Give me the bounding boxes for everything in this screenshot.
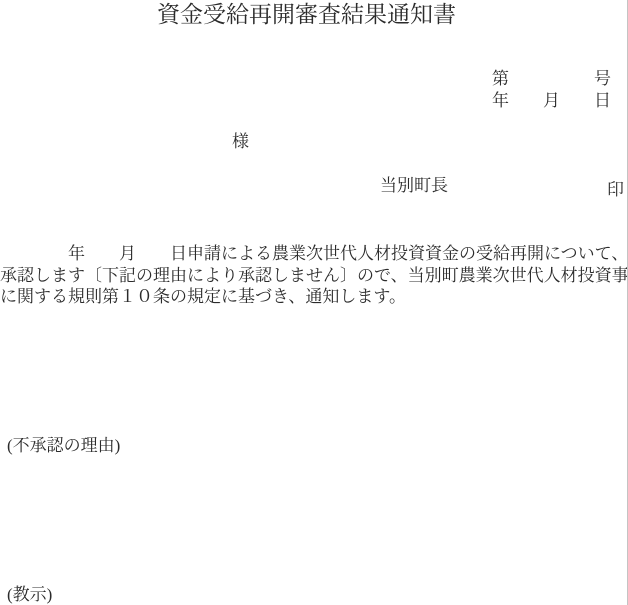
recipient-honorific-sama: 様 (232, 133, 249, 150)
body-line-2: 承認します〔下記の理由により承認しません〕ので、当別町農業次世代人材投資事業 (0, 265, 628, 287)
document-title: 資金受給再開審査結果通知書 (157, 3, 456, 26)
issue-date-month-label: 月 (543, 92, 560, 109)
document-number-suffix-label: 号 (594, 70, 611, 87)
notification-document-page: 資金受給再開審査結果通知書 第 号 年 月 日 様 当別町長 印 年 月 日申請… (0, 0, 628, 605)
document-number-prefix-label: 第 (492, 70, 509, 87)
body-line-3: に関する規則第１０条の規定に基づき、通知します。 (0, 286, 628, 308)
issue-date-day-label: 日 (594, 92, 611, 109)
body-paragraph: 年 月 日申請による農業次世代人材投資資金の受給再開について、 承認します〔下記… (0, 243, 628, 308)
body-line-1: 年 月 日申請による農業次世代人材投資資金の受給再開について、 (0, 243, 628, 265)
disapproval-reason-section-label: (不承認の理由) (7, 437, 120, 454)
sender-mayor-name: 当別町長 (380, 177, 448, 194)
seal-mark: 印 (607, 181, 624, 198)
issue-date-year-label: 年 (492, 92, 509, 109)
appeal-instruction-section-label: (教示) (7, 586, 52, 603)
